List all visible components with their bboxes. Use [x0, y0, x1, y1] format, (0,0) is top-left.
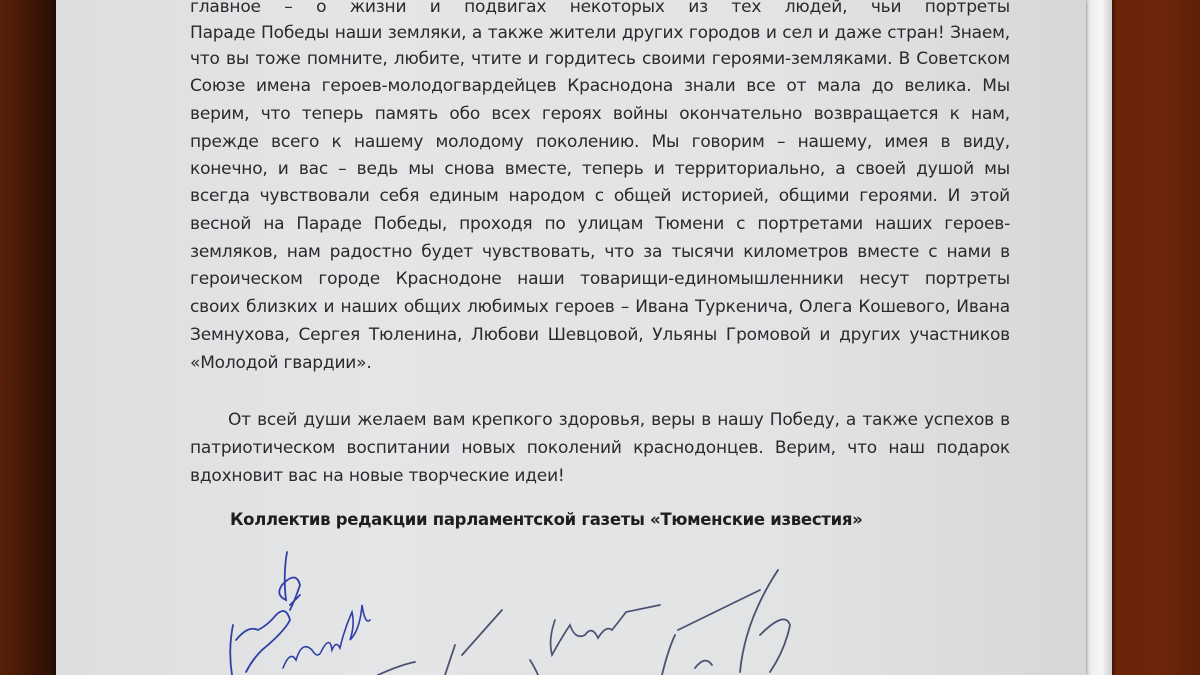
paragraph-line: Параде Победы наши земляки, а также жите… [190, 22, 1010, 44]
wooden-desk-left [0, 0, 58, 675]
paragraph-line: весной на Параде Победы, проходя по улиц… [190, 213, 1010, 235]
paragraph-line: конечно, и вас – ведь мы снова вместе, т… [190, 158, 1010, 180]
paragraph-line: главное – о жизни и подвигах некоторых и… [190, 0, 1010, 18]
wooden-desk-right [1106, 0, 1200, 675]
paragraph-line: прежде всего к нашему молодому поколению… [190, 131, 1010, 153]
paragraph-line: героическом городе Краснодоне наши товар… [190, 268, 1010, 290]
paragraph-line: всегда чувствовали себя единым народом с… [190, 185, 1010, 207]
paragraph-line: что вы тоже помните, любите, чтите и гор… [190, 48, 1010, 70]
paragraph-line: Земнухова, Сергея Тюленина, Любови Шевцо… [190, 324, 1010, 346]
paragraph-line: вдохновит вас на новые творческие идеи! [190, 465, 1010, 487]
paragraph-line: От всей души желаем вам крепкого здоровь… [228, 409, 1010, 431]
paragraph-line: «Молодой гвардии». [190, 352, 1010, 374]
paragraph-line: Союзе имена героев-молодогвардейцев Крас… [190, 75, 1010, 97]
signature-caption: Коллектив редакции парламентской газеты … [230, 510, 863, 529]
paragraph-line: своих близких и наших общих любимых геро… [190, 296, 1010, 318]
paragraph-line: патриотическом воспитании новых поколени… [190, 437, 1010, 459]
paragraph-line: верим, что теперь память обо всех героях… [190, 103, 1010, 125]
paragraph-line: земляков, нам радостно будет чувствовать… [190, 241, 1010, 263]
